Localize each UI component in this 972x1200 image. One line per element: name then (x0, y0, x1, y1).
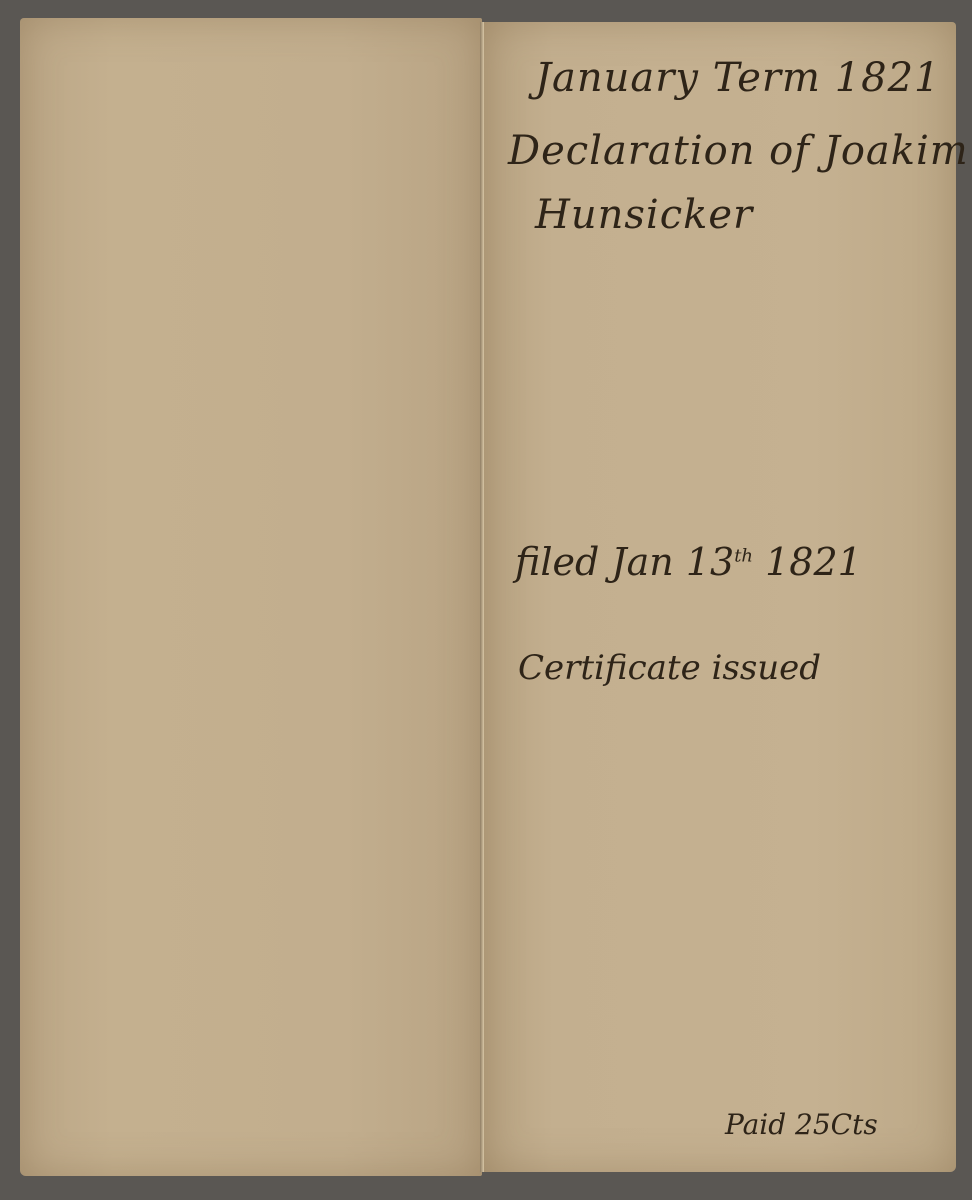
heading-declaration: Declaration of Joakim (508, 128, 969, 174)
certificate-note: Certificate issued (518, 648, 821, 688)
paid-note: Paid 25Cts (725, 1108, 878, 1141)
center-fold (480, 22, 484, 1172)
filed-text: filed Jan 13 (515, 540, 734, 584)
left-page-panel (20, 18, 482, 1176)
filed-year: 1821 (765, 540, 862, 584)
heading-name: Hunsicker (535, 192, 753, 238)
filed-suffix: th (734, 545, 753, 566)
filed-date: filed Jan 13th 1821 (515, 540, 862, 584)
heading-term: January Term 1821 (535, 55, 941, 101)
